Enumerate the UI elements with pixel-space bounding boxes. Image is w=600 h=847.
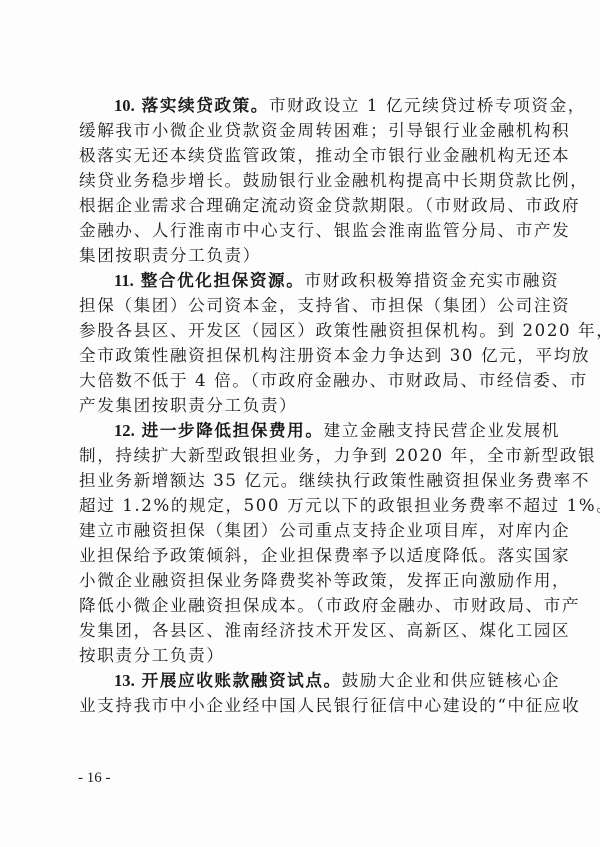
section-heading: 开展应收账款融资试点。	[142, 670, 342, 690]
body-line: 发集团，各县区、淮南经济技术开发区、高新区、煤化工园区	[79, 618, 523, 643]
section-heading: 整合优化担保资源。	[141, 270, 305, 290]
section-11-first-line: 11. 整合优化担保资源。市财政积极筹措资金充实市融资	[79, 268, 523, 293]
body-line: 按职责分工负责）	[79, 643, 523, 668]
body-line: 参股各县区、开发区（园区）政策性融资担保机构。到 2020 年，	[79, 318, 523, 343]
body-line: 续贷业务稳步增长。鼓励银行业金融机构提高中长期贷款比例，	[79, 168, 523, 193]
section-text: 市财政设立 1 亿元续贷过桥专项资金，	[269, 96, 586, 115]
body-line: 全市政策性融资担保机构注册资本金力争达到 30 亿元，平均放	[79, 343, 523, 368]
body-line: 金融办、人行淮南市中心支行、银监会淮南监管分局、市产发	[79, 218, 523, 243]
body-line: 根据企业需求合理确定流动资金贷款期限。（市财政局、市政府	[79, 193, 523, 218]
body-line: 产发集团按职责分工负责）	[79, 393, 523, 418]
section-heading: 落实续贷政策。	[142, 95, 269, 115]
page-number: - 16 -	[78, 770, 111, 787]
document-page: 10. 落实续贷政策。市财政设立 1 亿元续贷过桥专项资金， 缓解我市小微企业贷…	[0, 0, 600, 847]
body-line: 业担保给予政策倾斜，企业担保费率予以适度降低。落实国家	[79, 543, 523, 568]
section-13-first-line: 13. 开展应收账款融资试点。鼓励大企业和供应链核心企	[79, 668, 523, 693]
body-line: 制，持续扩大新型政银担业务，力争到 2020 年，全市新型政银	[79, 443, 523, 468]
document-body: 10. 落实续贷政策。市财政设立 1 亿元续贷过桥专项资金， 缓解我市小微企业贷…	[79, 93, 523, 718]
body-line: 缓解我市小微企业贷款资金周转困难；引导银行业金融机构积	[79, 118, 523, 143]
body-line: 业支持我市中小企业经中国人民银行征信中心建设的“中征应收	[79, 693, 523, 718]
section-text: 鼓励大企业和供应链核心企	[342, 671, 560, 690]
section-text: 建立金融支持民营企业发展机	[324, 421, 561, 440]
body-line: 超过 1.2%的规定，500 万元以下的政银担业务费率不超过 1%。	[79, 493, 523, 518]
section-12-first-line: 12. 进一步降低担保费用。建立金融支持民营企业发展机	[79, 418, 523, 443]
section-number: 12.	[114, 421, 135, 440]
body-line: 集团按职责分工负责）	[79, 243, 523, 268]
section-text: 市财政积极筹措资金充实市融资	[304, 271, 559, 290]
section-number: 11.	[114, 271, 134, 290]
section-number: 13.	[114, 671, 135, 690]
body-line: 大倍数不低于 4 倍。（市政府金融办、市财政局、市经信委、市	[79, 368, 523, 393]
section-10-first-line: 10. 落实续贷政策。市财政设立 1 亿元续贷过桥专项资金，	[79, 93, 523, 118]
section-heading: 进一步降低担保费用。	[142, 420, 324, 440]
body-line: 担保（集团）公司资本金，支持省、市担保（集团）公司注资	[79, 293, 523, 318]
body-line: 降低小微企业融资担保成本。（市政府金融办、市财政局、市产	[79, 593, 523, 618]
body-line: 小微企业融资担保业务降费奖补等政策，发挥正向激励作用，	[79, 568, 523, 593]
body-line: 建立市融资担保（集团）公司重点支持企业项目库，对库内企	[79, 518, 523, 543]
section-number: 10.	[114, 96, 135, 115]
body-line: 担业务新增额达 35 亿元。继续执行政策性融资担保业务费率不	[79, 468, 523, 493]
body-line: 极落实无还本续贷监管政策，推动全市银行业金融机构无还本	[79, 143, 523, 168]
